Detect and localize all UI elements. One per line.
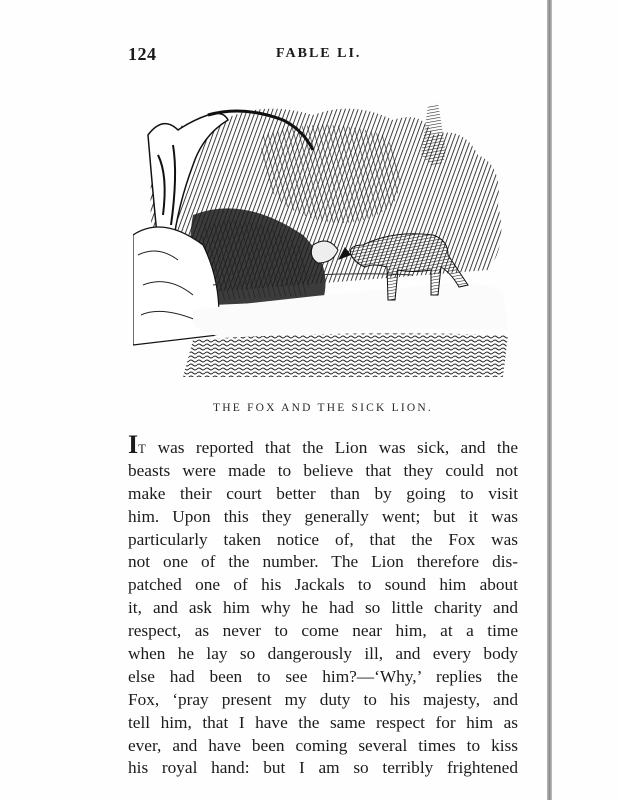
- text-line: else had been to see him?—‘Why,’ replies…: [128, 666, 518, 689]
- text-line: ever, and have been coming several times…: [128, 735, 518, 758]
- woodcut-illustration: [133, 95, 515, 377]
- text-line: make their court better than by going to…: [128, 483, 518, 506]
- text-line: it, and ask him why he had so little cha…: [128, 597, 518, 620]
- book-page: 124 FABLE LI.: [0, 0, 618, 800]
- illustration-caption: THE FOX AND THE SICK LION.: [128, 402, 518, 414]
- text-line: his royal hand: but I am so terribly fri…: [128, 757, 518, 780]
- text-line-content: was reported that the Lion was sick, and…: [146, 438, 518, 457]
- page-gutter-edge: [547, 0, 552, 800]
- text-line: him. Upon this they generally went; but …: [128, 506, 518, 529]
- fable-title-header: FABLE LI.: [276, 46, 361, 62]
- text-line: tell him, that I have the same respect f…: [128, 712, 518, 735]
- text-line: beasts were made to believe that they co…: [128, 460, 518, 483]
- page-number: 124: [128, 44, 157, 65]
- text-line: particularly taken notice of, that the F…: [128, 529, 518, 552]
- text-line: patched one of his Jackals to sound him …: [128, 574, 518, 597]
- text-line: Fox, ‘pray present my duty to his majest…: [128, 689, 518, 712]
- text-line: IT was reported that the Lion was sick, …: [128, 437, 518, 460]
- fable-body-text: IT was reported that the Lion was sick, …: [128, 437, 518, 780]
- text-line: respect, as never to come near him, at a…: [128, 620, 518, 643]
- text-line: not one of the number. The Lion therefor…: [128, 551, 518, 574]
- fox-and-cave-engraving-icon: [133, 95, 515, 377]
- running-head: 124 FABLE LI.: [128, 44, 518, 66]
- drop-cap: I: [128, 430, 138, 459]
- text-line: when he lay so dangerously ill, and ever…: [128, 643, 518, 666]
